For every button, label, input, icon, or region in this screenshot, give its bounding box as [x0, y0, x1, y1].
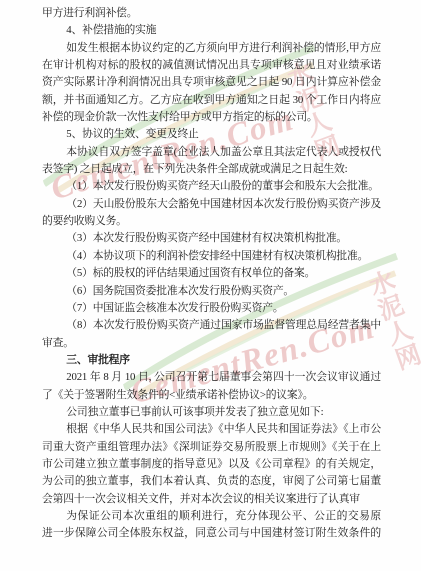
document-line: （2）天山股份股东大会豁免中国建材因本次发行股份购买资产涉及 — [42, 196, 381, 213]
document-line: （1）本次发行股份购买资产经天山股份的董事会和股东大会批准。 — [42, 178, 381, 195]
document-line: 为公司的独立董事，我们本着认真、负责的态度，审阅了公司第七届董事 — [42, 473, 381, 490]
document-line: （4）本协议项下的利润补偿安排经中国建材有权决策机构批准。 — [42, 248, 381, 265]
document-line: 三、审批程序 — [42, 352, 381, 369]
document-line: 如发生根据本协议约定的乙方须向甲方进行利润补偿的情形,甲方应 — [42, 40, 381, 57]
document-line: 了《关于签署附生效条件的<业绩承诺补偿协议>的议案》。 — [42, 387, 381, 404]
document-text: 甲方进行利润补偿。4、补偿措施的实施如发生根据本协议约定的乙方须向甲方进行利润补… — [42, 5, 381, 543]
document-line: 本协议自双方签字盖章(企业法人加盖公章且其法定代表人或授权代 — [42, 144, 381, 161]
document-line: 审查。 — [42, 335, 381, 352]
document-line: （7）中国证监会核准本次发行股份购买资产。 — [42, 300, 381, 317]
document-line: 根据《中华人民共和国公司法》《中华人民共和国证券法》《上市公 — [42, 421, 381, 438]
document-line: 5、协议的生效、变更及终止 — [42, 126, 381, 143]
document-line: 额，并书面通知乙方。乙方应在收到甲方通知之日起 30 个工作日内将应 — [42, 92, 381, 109]
document-line: 表签字) 之日起成立，在下列先决条件全部成就或满足之日起生效: — [42, 161, 381, 178]
document-page: CementRen.Com 水泥人网 CementRen.Com 水泥人网 甲方… — [0, 0, 421, 571]
document-line: 为保证公司本次重组的顺利进行，充分体现公平、公正的交易原则， — [42, 508, 381, 525]
document-line: 公司独立董事已事前认可该事项并发表了独立意见如下: — [42, 404, 381, 421]
document-line: （3）本次发行股份购买资产经中国建材有权决策机构批准。 — [42, 230, 381, 247]
document-line: 2021 年 8 月 10 日, 公司召开第七届董事会第四十一次会议审议通过 — [42, 369, 381, 386]
document-line: 的要约收购义务。 — [42, 213, 381, 230]
document-line: （5）标的股权的评估结果通过国资有权单位的备案。 — [42, 265, 381, 282]
document-line: 甲方进行利润补偿。 — [42, 5, 381, 22]
document-line: 4、补偿措施的实施 — [42, 22, 381, 39]
document-line: 司重大资产重组管理办法》《深圳证券交易所股票上市规则》《关于在上 — [42, 439, 381, 456]
document-line: 在审计机构对标的股权的减值测试情况出具专项审核意见且对业绩承诺 — [42, 57, 381, 74]
document-line: 市公司建立独立董事制度的指导意见》以及《公司章程》的有关规定，作 — [42, 456, 381, 473]
document-line: 资产实际累计净利润情况出具专项审核意见之日起 90 日内计算应补偿金 — [42, 74, 381, 91]
document-line: 进一步保障公司全体股东权益，同意公司与中国建材签订附生效条件的 — [42, 525, 381, 542]
document-line: 会第四十一次会议相关文件，并对本次会议的相关议案进行了认真审核。 — [42, 491, 381, 508]
document-line: 补偿的现金价款一次性支付给甲方或甲方指定的标的公司。 — [42, 109, 381, 126]
document-line: （6）国务院国资委批准本次发行股份购买资产。 — [42, 283, 381, 300]
document-line: （8）本次发行股份购买资产通过国家市场监督管理总局经营者集中 — [42, 317, 381, 334]
